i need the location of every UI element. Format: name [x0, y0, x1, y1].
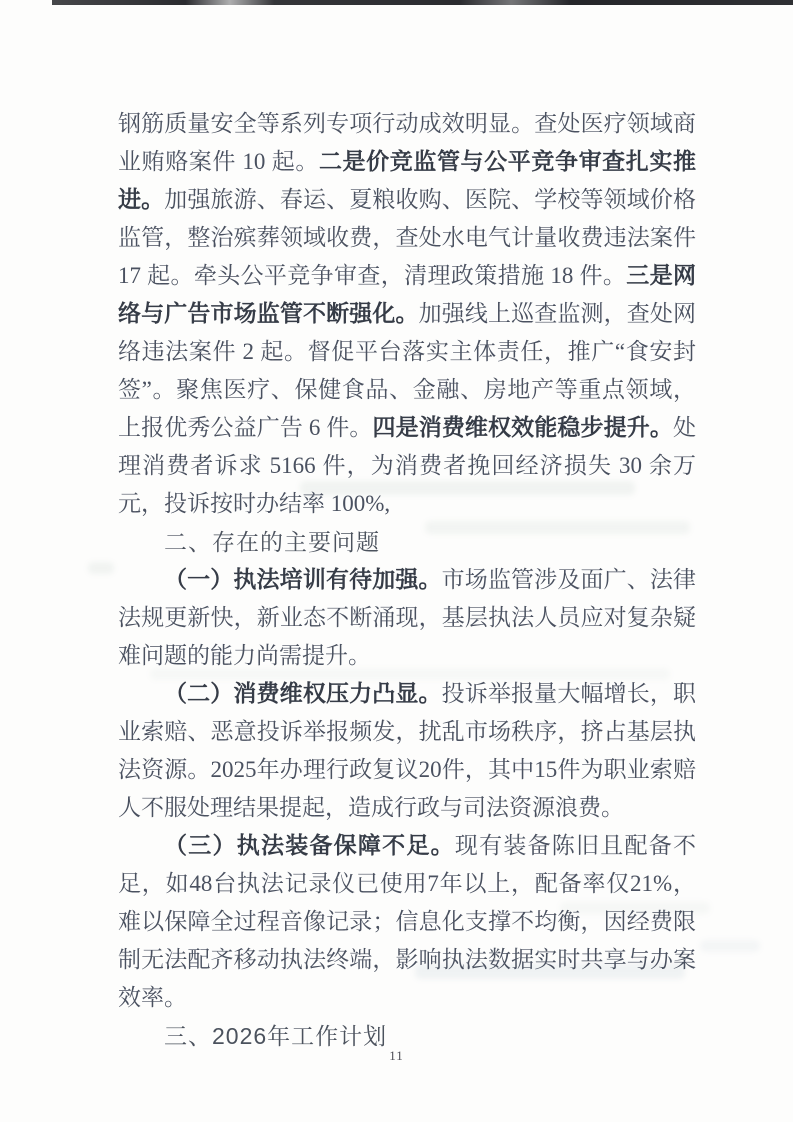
scan-edge-artifact [52, 0, 793, 5]
paragraph: （三）执法装备保障不足。现有装备陈旧且配备不足，如48台执法记录仪已使用7年以上… [118, 827, 696, 1017]
document-page: 钢筋质量安全等系列专项行动成效明显。查处医疗领域商业贿赂案件 10 起。二是价竞… [0, 0, 793, 1122]
text-run: 加强旅游、春运、夏粮收购、医院、学校等领域价格监管，整治殡葬领域收费，查处水电气… [118, 187, 696, 288]
paragraph: （一）执法培训有待加强。市场监管涉及面广、法律法规更新快，新业态不断涌现，基层执… [118, 561, 696, 675]
document-body: 钢筋质量安全等系列专项行动成效明显。查处医疗领域商业贿赂案件 10 起。二是价竞… [118, 105, 696, 1055]
paragraph: 钢筋质量安全等系列专项行动成效明显。查处医疗领域商业贿赂案件 10 起。二是价竞… [118, 105, 696, 523]
bold-text-run: （一）执法培训有待加强。 [164, 567, 442, 592]
bleedthrough-artifact [700, 940, 760, 952]
bold-text-run: 四是消费维权效能稳步提升。 [372, 415, 673, 440]
text-run: 现有装备陈旧且配备不足，如48台执法记录仪已使用7年以上，配备率仅21%，难以保… [118, 833, 696, 1010]
bold-text-run: （二）消费维权压力凸显。 [164, 681, 442, 706]
paragraph: （二）消费维权压力凸显。投诉举报量大幅增长，职业索赔、恶意投诉举报频发，扰乱市场… [118, 675, 696, 827]
section-heading: 二、存在的主要问题 [118, 523, 696, 561]
page-number: 11 [0, 1048, 793, 1064]
bold-text-run: （三）执法装备保障不足。 [164, 833, 455, 858]
bleedthrough-artifact [88, 562, 114, 574]
